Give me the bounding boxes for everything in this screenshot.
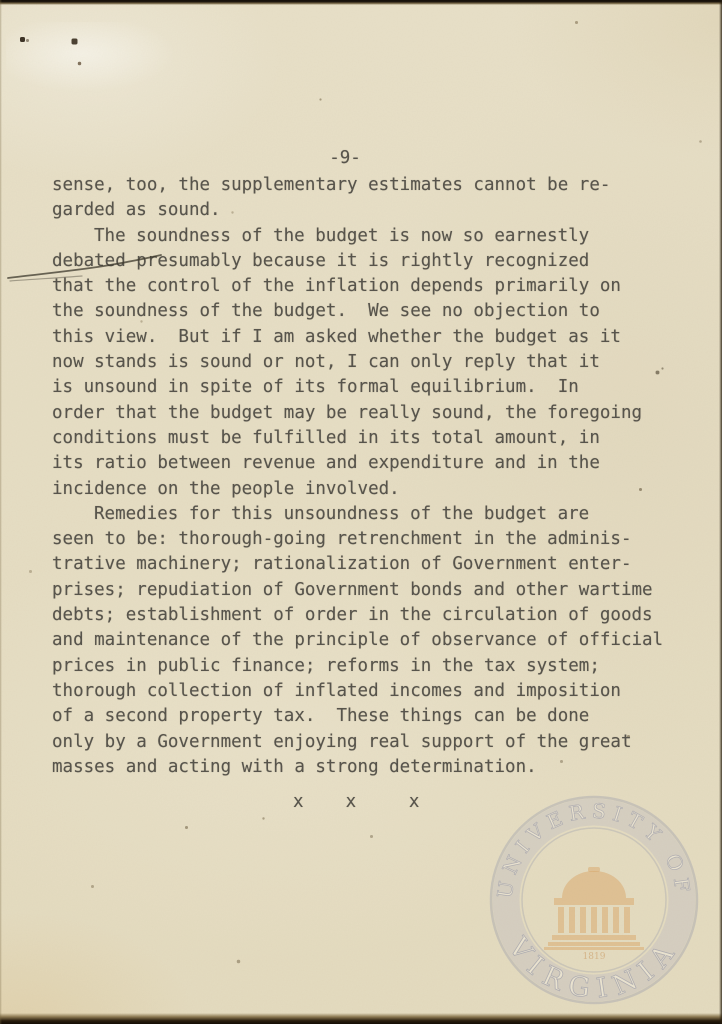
text-line: debts; establishment of order in the cir… (52, 603, 692, 628)
text-line: trative machinery; rationalization of Go… (52, 552, 692, 577)
typewritten-lines: sense, too, the supplementary estimates … (52, 173, 692, 780)
text-line: incidence on the people involved. (52, 477, 692, 502)
text-line: thorough collection of inflated incomes … (52, 679, 692, 704)
text-line: only by a Government enjoying real suppo… (52, 730, 692, 755)
text-line: of a second property tax. These things c… (52, 704, 692, 729)
text-line: Remedies for this unsoundness of the bud… (52, 502, 692, 527)
text-line: prices in public finance; reforms in the… (52, 654, 692, 679)
text-line: its ratio between revenue and expenditur… (52, 451, 692, 476)
text-line: is unsound in spite of its formal equili… (52, 375, 692, 400)
text-line: The soundness of the budget is now so ea… (52, 224, 692, 249)
text-line: the soundness of the budget. We see no o… (52, 299, 692, 324)
text-line: seen to be: thorough-going retrenchment … (52, 527, 692, 552)
text-line: garded as sound. (52, 198, 692, 223)
text-line: now stands is sound or not, I can only r… (52, 350, 692, 375)
scan-edge-left (0, 0, 2, 1024)
scan-edge-bottom (0, 1013, 722, 1024)
section-close-mark: x x x (52, 790, 419, 815)
text-line: and maintenance of the principle of obse… (52, 628, 692, 653)
text-line: sense, too, the supplementary estimates … (52, 173, 692, 198)
seal-date: 1819 (583, 952, 606, 962)
text-line: debated presumably because it is rightly… (52, 249, 692, 274)
text-line: order that the budget may be really soun… (52, 401, 692, 426)
scanned-document-page: -9- sense, too, the supplementary estima… (0, 0, 722, 1024)
text-line: masses and acting with a strong determin… (52, 755, 692, 780)
text-line: this view. But if I am asked whether the… (52, 325, 692, 350)
rotunda-icon (544, 867, 644, 950)
text-line: that the control of the inflation depend… (52, 274, 692, 299)
text-line: prises; repudiation of Government bonds … (52, 578, 692, 603)
text-line: conditions must be fulfilled in its tota… (52, 426, 692, 451)
university-of-virginia-seal: UNIVERSITY OF VIRGINIA 1819 (488, 794, 700, 1006)
page-number: -9- (52, 146, 638, 171)
paper-smudge (6, 22, 176, 92)
scan-edge-top (0, 0, 722, 5)
